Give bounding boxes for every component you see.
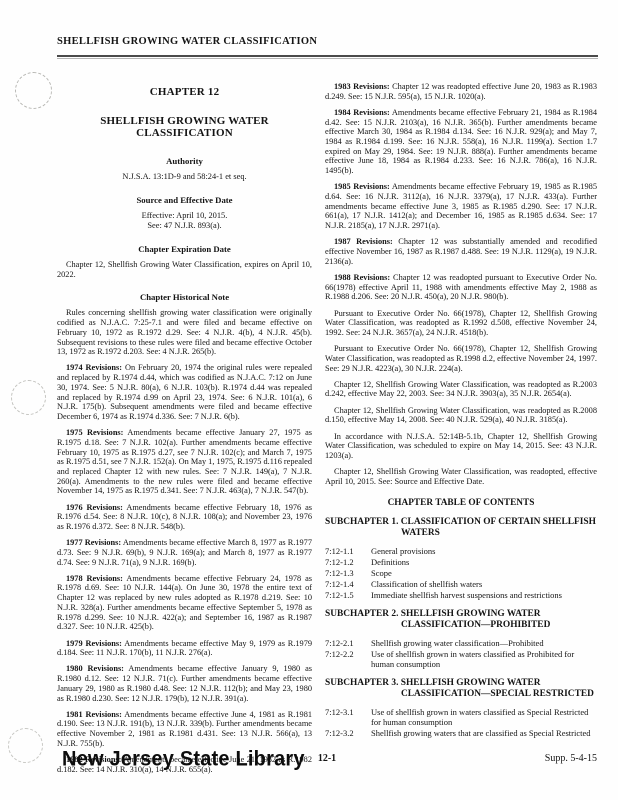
historical-paragraph: Pursuant to Executive Order No. 66(1978)…: [325, 344, 597, 373]
revision-year-label: 1983 Revisions:: [334, 82, 390, 91]
subchapter-3-entries: 7:12-3.1 Use of shellfish grown in water…: [325, 707, 597, 738]
authority-heading: Authority: [57, 156, 312, 166]
historical-paragraph: Chapter 12, Shellfish Growing Water Clas…: [325, 406, 597, 425]
revision-text: Chapter 12, Shellfish Growing Water Clas…: [325, 380, 597, 399]
revision-text: Pursuant to Executive Order No. 66(1978)…: [325, 344, 597, 372]
source-see-line: See: 47 N.J.R. 893(a).: [57, 221, 312, 231]
revision-year-label: 1988 Revisions:: [334, 273, 390, 282]
revision-text: Chapter 12, Shellfish Growing Water Clas…: [325, 406, 597, 425]
revision-year-label: 1976 Revisions:: [66, 503, 123, 512]
historical-paragraph: 1975 Revisions: Amendments became effect…: [57, 428, 312, 496]
toc-entry-number: 7:12-1.1: [325, 546, 371, 556]
subchapter-1-title: SUBCHAPTER 1. CLASSIFICATION OF CERTAIN …: [325, 517, 597, 540]
revision-year-label: 1985 Revisions:: [334, 182, 390, 191]
historical-paragraph: Chapter 12, Shellfish Growing Water Clas…: [325, 467, 597, 486]
revision-text: Chapter 12, Shellfish Growing Water Clas…: [325, 467, 597, 486]
historical-paragraph: In accordance with N.J.S.A. 52:14B-5.1b,…: [325, 432, 597, 461]
toc-entry-title: Scope: [371, 568, 597, 578]
toc-entry: 7:12-1.4 Classification of shellfish wat…: [325, 579, 597, 589]
toc-entry-title: General provisions: [371, 546, 597, 556]
historical-paragraph: 1978 Revisions: Amendments became effect…: [57, 574, 312, 632]
revision-year-label: 1974 Revisions:: [66, 363, 122, 372]
historical-paragraph: 1987 Revisions: Chapter 12 was substanti…: [325, 237, 597, 266]
historical-paragraph: 1981 Revisions: Amendments became effect…: [57, 710, 312, 749]
toc-entry: 7:12-3.2 Shellfish growing waters that a…: [325, 728, 597, 738]
toc-entry: 7:12-1.2 Definitions: [325, 557, 597, 567]
right-column: 1983 Revisions: Chapter 12 was readopted…: [325, 82, 597, 781]
revision-text: In accordance with N.J.S.A. 52:14B-5.1b,…: [325, 432, 597, 460]
toc-entry: 7:12-3.1 Use of shellfish grown in water…: [325, 707, 597, 727]
revision-year-label: 1987 Revisions:: [334, 237, 393, 246]
source-effective-line: Effective: April 10, 2015.: [57, 211, 312, 221]
historical-paragraph: Pursuant to Executive Order No. 66(1978)…: [325, 309, 597, 338]
library-stamp: New Jersey State Library: [62, 747, 305, 772]
historical-paragraph: 1980 Revisions: Amendments became effect…: [57, 664, 312, 703]
running-header: SHELLFISH GROWING WATER CLASSIFICATION: [57, 36, 597, 47]
toc-entry-number: 7:12-1.2: [325, 557, 371, 567]
historical-paragraph: 1984 Revisions: Amendments became effect…: [325, 108, 597, 176]
historical-paragraph: 1977 Revisions: Amendments became effect…: [57, 538, 312, 567]
toc-entry-title: Definitions: [371, 557, 597, 567]
header-rule: [57, 55, 598, 59]
toc-entry: 7:12-2.1 Shellfish growing water classif…: [325, 638, 597, 648]
historical-paragraph: Chapter 12, Shellfish Growing Water Clas…: [325, 380, 597, 399]
toc-entry-title: Shellfish growing waters that are classi…: [371, 728, 597, 738]
historical-paragraphs-right: 1983 Revisions: Chapter 12 was readopted…: [325, 82, 597, 487]
toc-entry-title: Immediate shellfish harvest suspensions …: [371, 590, 597, 600]
revision-year-label: 1977 Revisions:: [66, 538, 121, 547]
revision-year-label: 1980 Revisions:: [66, 664, 124, 673]
toc-entry-title: Classification of shellfish waters: [371, 579, 597, 589]
subchapter-2-entries: 7:12-2.1 Shellfish growing water classif…: [325, 638, 597, 669]
source-heading: Source and Effective Date: [57, 195, 312, 205]
historical-paragraph: 1979 Revisions: Amendments became effect…: [57, 639, 312, 658]
punch-hole-icon: [8, 728, 43, 763]
historical-paragraphs-left: Rules concerning shellfish growing water…: [57, 308, 312, 774]
toc-entry: 7:12-1.3 Scope: [325, 568, 597, 578]
subchapter-1-entries: 7:12-1.1 General provisions 7:12-1.2 Def…: [325, 546, 597, 600]
document-page: SHELLFISH GROWING WATER CLASSIFICATION C…: [0, 0, 618, 800]
chapter-number: CHAPTER 12: [57, 86, 312, 98]
authority-text: N.J.S.A. 13:1D-9 and 58:24-1 et seq.: [57, 172, 312, 182]
revision-year-label: 1979 Revisions:: [66, 639, 122, 648]
revision-text: Rules concerning shellfish growing water…: [57, 308, 312, 356]
toc-entry: 7:12-1.5 Immediate shellfish harvest sus…: [325, 590, 597, 600]
punch-hole-icon: [15, 72, 52, 109]
revision-text: Pursuant to Executive Order No. 66(1978)…: [325, 309, 597, 337]
historical-paragraph: 1974 Revisions: On February 20, 1974 the…: [57, 363, 312, 421]
revision-text: Amendments became effective February 21,…: [325, 108, 597, 175]
historical-note-heading: Chapter Historical Note: [57, 292, 312, 302]
subchapter-2-title: SUBCHAPTER 2. SHELLFISH GROWING WATER CL…: [325, 609, 597, 632]
toc-entry-number: 7:12-1.3: [325, 568, 371, 578]
historical-paragraph: 1988 Revisions: Chapter 12 was readopted…: [325, 273, 597, 302]
historical-paragraph: 1976 Revisions: Amendments became effect…: [57, 503, 312, 532]
toc-entry: 7:12-2.2 Use of shellfish grown in water…: [325, 649, 597, 669]
chapter-title: SHELLFISH GROWING WATER CLASSIFICATION: [57, 115, 312, 139]
historical-paragraph: 1985 Revisions: Amendments became effect…: [325, 182, 597, 231]
historical-paragraph: 1983 Revisions: Chapter 12 was readopted…: [325, 82, 597, 101]
toc-entry-number: 7:12-3.1: [325, 707, 371, 727]
subchapter-3-title: SUBCHAPTER 3. SHELLFISH GROWING WATER CL…: [325, 678, 597, 701]
revision-year-label: 1975 Revisions:: [66, 428, 123, 437]
toc-entry-number: 7:12-2.1: [325, 638, 371, 648]
supplement-date: Supp. 5-4-15: [545, 753, 597, 764]
toc-entry-title: Use of shellfish grown in waters classif…: [371, 707, 597, 727]
toc-entry-title: Use of shellfish grown in waters classif…: [371, 649, 597, 669]
expiration-text: Chapter 12, Shellfish Growing Water Clas…: [57, 260, 312, 279]
expiration-heading: Chapter Expiration Date: [57, 244, 312, 254]
toc-entry-number: 7:12-1.4: [325, 579, 371, 589]
toc-entry: 7:12-1.1 General provisions: [325, 546, 597, 556]
punch-hole-icon: [11, 380, 46, 415]
two-column-body: CHAPTER 12 SHELLFISH GROWING WATER CLASS…: [57, 82, 597, 781]
historical-paragraph: Rules concerning shellfish growing water…: [57, 308, 312, 357]
toc-entry-title: Shellfish growing water classification—P…: [371, 638, 597, 648]
toc-entry-number: 7:12-3.2: [325, 728, 371, 738]
toc-entry-number: 7:12-2.2: [325, 649, 371, 669]
toc-heading: CHAPTER TABLE OF CONTENTS: [325, 498, 597, 508]
revision-text: Amendments became effective January 27, …: [57, 428, 312, 495]
revision-year-label: 1981 Revisions:: [66, 710, 122, 719]
revision-year-label: 1984 Revisions:: [334, 108, 390, 117]
left-column: CHAPTER 12 SHELLFISH GROWING WATER CLASS…: [57, 82, 312, 781]
toc-entry-number: 7:12-1.5: [325, 590, 371, 600]
revision-year-label: 1978 Revisions:: [66, 574, 123, 583]
